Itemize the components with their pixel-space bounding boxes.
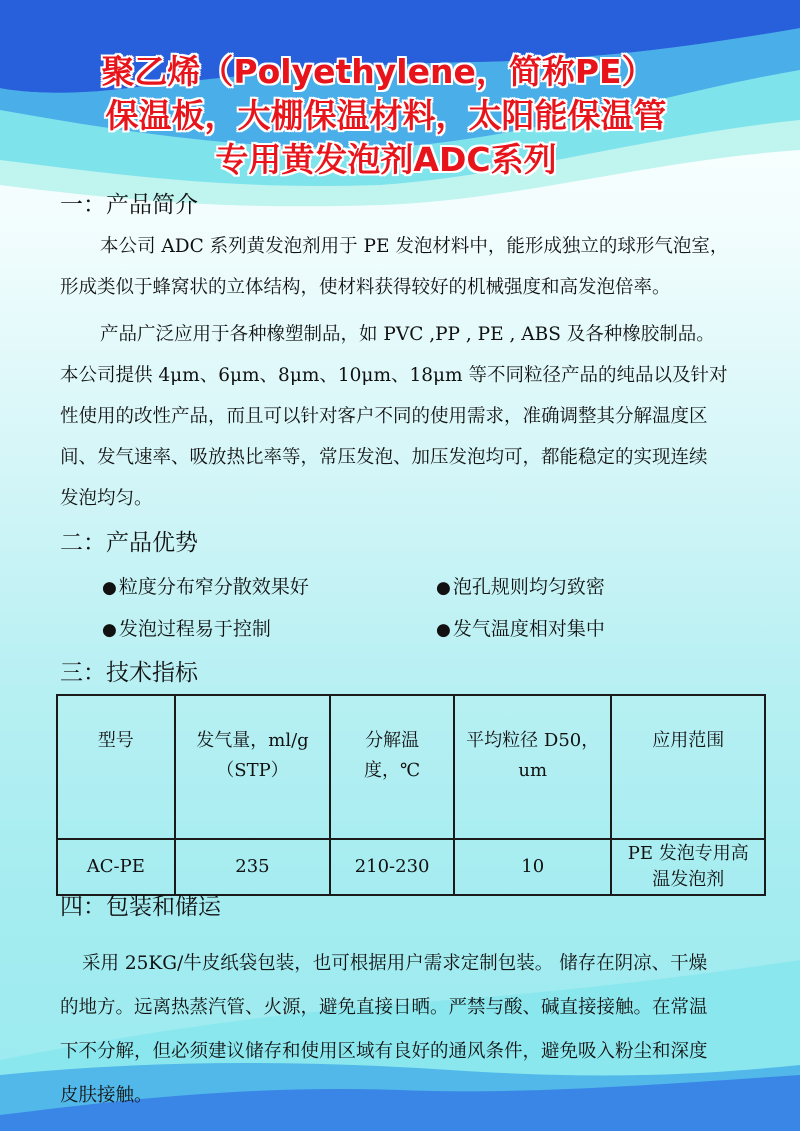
text-line: 形成类似于蜂窝状的立体结构，使材料获得较好的机械强度和高发泡倍率。 [60,267,770,308]
spec-table: 型号 发气量，ml/g（STP） 分解温度，℃ 平均粒径 D50，um 应用范围… [56,694,766,896]
section-heading-intro: 一：产品简介 [60,186,198,219]
text-line: 的地方。远离热蒸汽管、火源，避免直接日晒。严禁与酸、碱直接接触。在常温 [60,986,770,1030]
cell-model: AC-PE [57,839,175,895]
header-gas-volume: 发气量，ml/g（STP） [175,695,331,839]
header-model: 型号 [57,695,175,839]
text-line: 皮肤接触。 [60,1074,770,1118]
table-header-row: 型号 发气量，ml/g（STP） 分解温度，℃ 平均粒径 D50，um 应用范围 [57,695,765,839]
header-particle-size: 平均粒径 D50，um [454,695,612,839]
title-line-3: 专用黄发泡剂ADC系列 [0,134,786,181]
text-line: 性使用的改性产品，而且可以针对客户不同的使用需求，准确调整其分解温度区 [60,396,770,437]
header-decomp-temp: 分解温度，℃ [330,695,454,839]
section-heading-specs: 三：技术指标 [60,654,198,687]
bullet-icon: ● [436,620,451,640]
text-line: 下不分解，但必须建议储存和使用区域有良好的通风条件，避免吸入粉尘和深度 [60,1030,770,1074]
cell-application: PE 发泡专用高温发泡剂 [611,839,765,895]
title-line-2: 保温板，大棚保温材料，太阳能保温管 [0,90,786,137]
advantage-item: ●发泡过程易于控制 [102,614,271,641]
section-heading-advantages: 二：产品优势 [60,524,198,557]
cell-decomp-temp: 210-230 [330,839,454,895]
text-line: 本公司提供 4μm、6μm、8μm、10μm、18μm 等不同粒径产品的纯品以及… [60,355,770,396]
intro-paragraph-2: 产品广泛应用于各种橡塑制品，如 PVC ,PP , PE , ABS 及各种橡胶… [60,314,770,519]
text-line: 产品广泛应用于各种橡塑制品，如 PVC ,PP , PE , ABS 及各种橡胶… [60,314,770,355]
text-line: 发泡均匀。 [60,478,770,519]
packaging-paragraph: 采用 25KG/牛皮纸袋包装，也可根据用户需求定制包装。 储存在阴凉、干燥 的地… [60,942,770,1118]
cell-particle-size: 10 [454,839,612,895]
header-application: 应用范围 [611,695,765,839]
advantage-item: ●发气温度相对集中 [436,614,605,641]
bullet-icon: ● [102,620,117,640]
text-line: 间、发气速率、吸放热比率等，常压发泡、加压发泡均可，都能稳定的实现连续 [60,437,770,478]
section-heading-packaging: 四：包装和储运 [60,888,221,921]
table-row: AC-PE 235 210-230 10 PE 发泡专用高温发泡剂 [57,839,765,895]
bullet-icon: ● [436,578,451,598]
poster: 聚乙烯（Polyethylene，简称PE） 保温板，大棚保温材料，太阳能保温管… [0,0,800,1131]
cell-gas-volume: 235 [175,839,331,895]
intro-paragraph-1: 本公司 ADC 系列黄发泡剂用于 PE 发泡材料中，能形成独立的球形气泡室， 形… [60,226,770,308]
text-line: 本公司 ADC 系列黄发泡剂用于 PE 发泡材料中，能形成独立的球形气泡室， [60,226,770,267]
bullet-icon: ● [102,578,117,598]
advantage-item: ●泡孔规则均匀致密 [436,572,605,599]
title-line-1: 聚乙烯（Polyethylene，简称PE） [0,46,778,93]
advantage-item: ●粒度分布窄分散效果好 [102,572,309,599]
text-line: 采用 25KG/牛皮纸袋包装，也可根据用户需求定制包装。 储存在阴凉、干燥 [60,942,770,986]
